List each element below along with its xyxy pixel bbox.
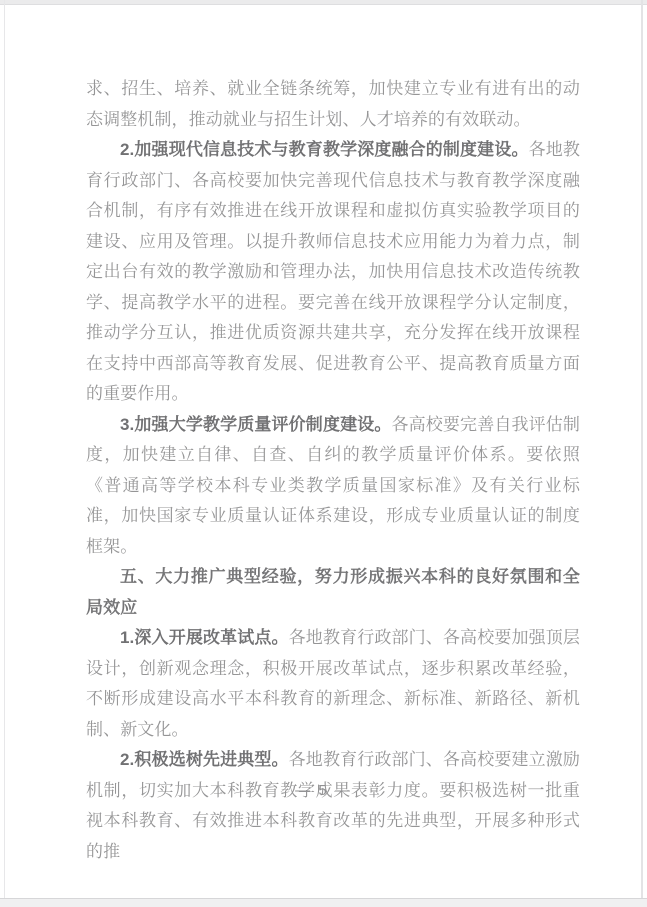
paragraph-lead: 2.积极选树先进典型。 — [120, 750, 289, 769]
page-number: — 5 — — [0, 782, 647, 799]
paragraph-numbered-1: 1.深入开展改革试点。各地教育行政部门、各高校要加强顶层设计，创新观念理念，积极… — [86, 623, 580, 745]
paragraph-body: 各高校要完善自我评估制度，加快建立自律、自查、自纠的教学质量评价体系。要依照《普… — [86, 415, 580, 556]
scanned-document-page: 求、招生、培养、就业全链条统筹，加快建立专业有进有出的动态调整机制，推动就业与招… — [0, 0, 647, 907]
paragraph-lead: 2.加强现代信息技术与教育教学深度融合的制度建设。 — [120, 140, 529, 159]
document-text-block: 求、招生、培养、就业全链条统筹，加快建立专业有进有出的动态调整机制，推动就业与招… — [86, 74, 580, 867]
paragraph-numbered-3: 3.加强大学教学质量评价制度建设。各高校要完善自我评估制度，加快建立自律、自查、… — [86, 410, 580, 563]
scan-edge-left — [4, 0, 5, 907]
paragraph-lead: 3.加强大学教学质量评价制度建设。 — [120, 415, 392, 434]
paragraph-numbered-2b: 2.积极选树先进典型。各地教育行政部门、各高校要建立激励机制，切实加大本科教育教… — [86, 745, 580, 867]
scan-edge-top — [0, 0, 647, 5]
scan-edge-right — [641, 0, 643, 907]
section-heading-5: 五、大力推广典型经验，努力形成振兴本科的良好氛围和全局效应 — [86, 562, 580, 623]
paragraph-continuation: 求、招生、培养、就业全链条统筹，加快建立专业有进有出的动态调整机制，推动就业与招… — [86, 74, 580, 135]
paragraph-body: 各地教育行政部门、各高校要加快完善现代信息技术与教育教学深度融合机制，有序有效推… — [86, 140, 580, 403]
paragraph-lead: 1.深入开展改革试点。 — [120, 628, 289, 647]
scan-edge-bottom — [0, 898, 647, 907]
paragraph-numbered-2: 2.加强现代信息技术与教育教学深度融合的制度建设。各地教育行政部门、各高校要加快… — [86, 135, 580, 410]
